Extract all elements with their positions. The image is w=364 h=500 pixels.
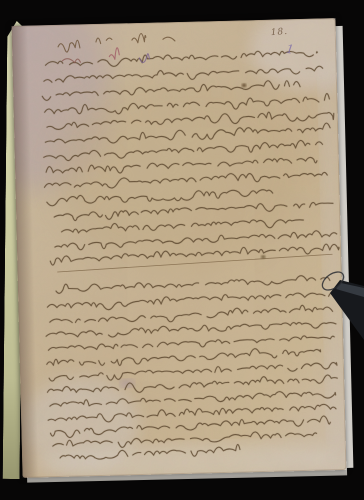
manuscript-page: 18. 1 — [12, 18, 347, 478]
paper-grain — [12, 18, 347, 478]
photo-backdrop: { "photo": { "backdrop_color": "#070606"… — [0, 0, 364, 500]
folio-number: 18. — [270, 27, 288, 38]
page-texture — [12, 18, 347, 478]
